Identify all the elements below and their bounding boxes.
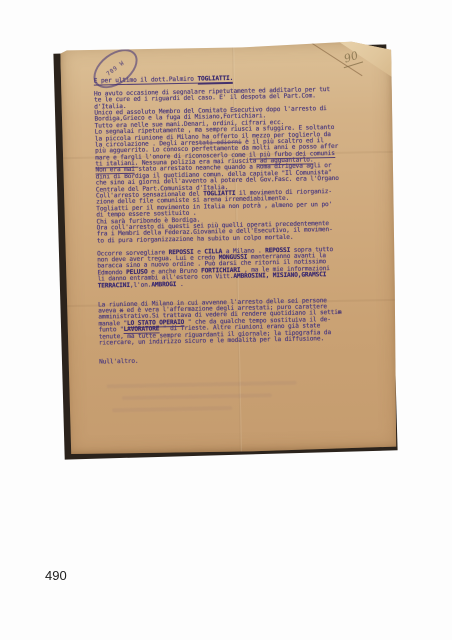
ink-bleed-mark — [107, 381, 297, 389]
typewritten-text-block: E per ultimo il dott.Palmiro TOGLIATTI. … — [94, 73, 387, 366]
ink-bleed-mark — [112, 406, 232, 412]
pencil-page-number: 90 — [340, 48, 364, 68]
typed-text-segment: tati odierni — [199, 139, 242, 147]
book-page-number: 490 — [45, 568, 67, 583]
typed-text-segment: m — [338, 309, 342, 316]
typed-text-segment: TERRACINI — [98, 281, 130, 289]
typed-text-segment: ,l'on. — [130, 281, 152, 288]
ink-bleed-mark — [122, 393, 272, 400]
typed-text-segment: . — [176, 280, 183, 287]
typed-text-segment: x — [120, 307, 124, 314]
archive-stamp-text: 709 W — [105, 60, 126, 78]
typed-text-segment: Null'altro. — [99, 358, 138, 366]
typewritten-document-paper: 709 W 90 E per ultimo il dott.Palmiro TO… — [60, 41, 399, 456]
typed-text-segment: AMBROGI — [151, 281, 176, 288]
book-scan-page: 709 W 90 E per ultimo il dott.Palmiro TO… — [0, 0, 452, 640]
typed-text-segment: TOGLIATTI. — [197, 75, 233, 85]
typed-text-segment: AMBROSINI, MISIANO,GRAMSCI — [233, 271, 326, 280]
